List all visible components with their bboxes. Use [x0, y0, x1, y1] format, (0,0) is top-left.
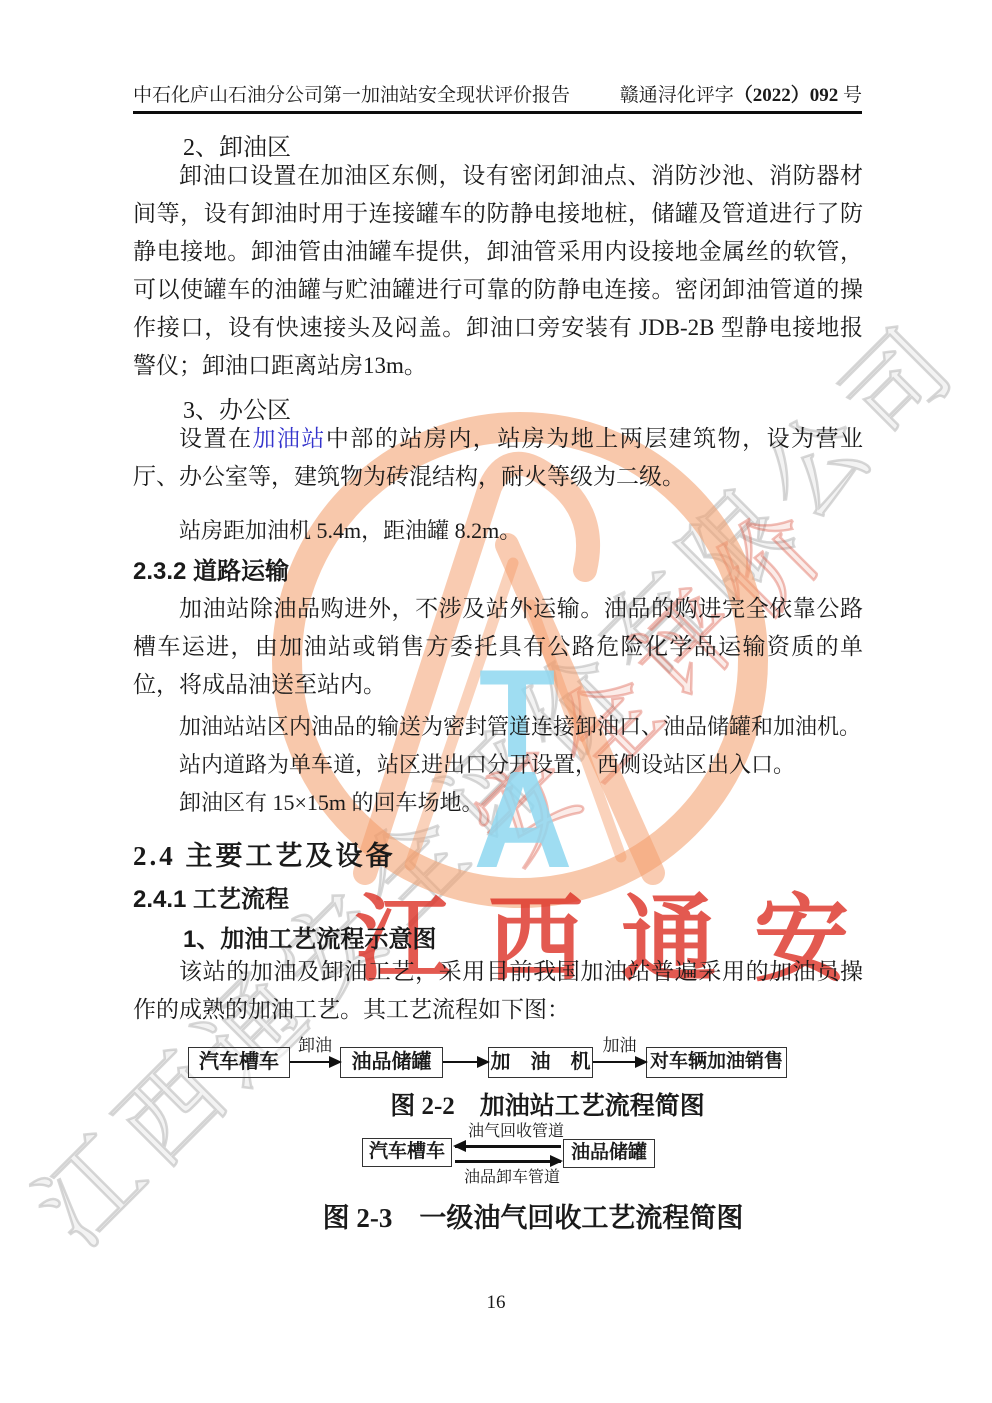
vr-bottom-label: 油品卸车管道 [464, 1170, 560, 1186]
flow-arrow-unload-label: 卸油 [290, 1037, 340, 1055]
flow-box-dispenser: 加 油 机 [488, 1047, 593, 1078]
figure-vapor-recovery: 汽车槽车 油气回收管道 油品卸车管道 油品储罐 [362, 1124, 662, 1186]
page-number: 16 [0, 1292, 992, 1314]
section-heading-main-process: 2.4 主要工艺及设备 [133, 834, 396, 873]
flow-box-storage-tank: 油品储罐 [340, 1047, 443, 1078]
vr-box-storage-tank: 油品储罐 [563, 1139, 655, 1168]
flow-arrow-plain [443, 1061, 488, 1063]
section-heading-road-transport: 2.3.2 道路运输 [133, 551, 289, 586]
flow-box-tanker-truck: 汽车槽车 [188, 1047, 290, 1078]
paragraph-road-transport: 加油站除油品购进外，不涉及站外运输。油品的购进完全依靠公路槽车运进，由加油站或销… [133, 590, 863, 704]
doc-number-suffix: 号 [838, 85, 862, 106]
paragraph-turnaround: 卸油区有 15×15m 的回车场地。 [179, 784, 484, 822]
section-heading-process-flow: 2.4.1 工艺流程 [133, 879, 289, 914]
paragraph-lane: 站内道路为单车道，站区进出口分开设置，西侧设站区出入口。 [179, 746, 795, 784]
paragraph-process-intro: 该站的加油及卸油工艺，采用目前我国加油站普遍采用的加油员操作的成熟的加油工艺。其… [133, 953, 863, 1029]
vr-box-tanker-truck: 汽车槽车 [362, 1138, 452, 1167]
page-content: 中石化庐山石油分公司第一加油站安全现状评价报告 赣通浔化评字（2022）092 … [0, 0, 992, 1403]
figure23-caption: 图 2-3 一级油气回收工艺流程简图 [133, 1196, 933, 1235]
flow-arrow-unload: 卸油 [290, 1061, 340, 1063]
subheading-refuel-flow-diagram: 1、加油工艺流程示意图 [183, 919, 436, 954]
header-title: 中石化庐山石油分公司第一加油站安全现状评价报告 [133, 84, 570, 108]
doc-number-prefix: 赣通浔化评字 [620, 85, 734, 106]
figure22-caption: 图 2-2 加油站工艺流程简图 [133, 1086, 962, 1122]
flow-arrow-refuel: 加油 [593, 1061, 646, 1063]
office-text-pre: 设置在 [179, 426, 252, 451]
report-page: 江西通安全评价有限公司 安全评价 T A 江西通安 中石化庐山石油分公司第一加油… [0, 0, 992, 1403]
station-link[interactable]: 加油站 [252, 426, 325, 451]
vr-arrow-right [455, 1160, 561, 1163]
figure-refuel-flow: 汽车槽车 卸油 油品储罐 加 油 机 加油 对车辆加油销售 [188, 1042, 787, 1082]
header-rule [133, 111, 862, 114]
header-doc-number: 赣通浔化评字（2022）092 号 [620, 84, 862, 108]
flow-arrow-refuel-label: 加油 [593, 1037, 646, 1055]
paragraph-pipeline: 加油站站区内油品的输送为密封管道连接卸油口、油品储罐和加油机。 [179, 708, 861, 746]
flow-box-vehicle-sales: 对车辆加油销售 [646, 1047, 787, 1078]
paragraph-office-distance: 站房距加油机 5.4m，距油罐 8.2m。 [179, 512, 521, 550]
vr-arrow-left [455, 1145, 561, 1148]
doc-number-value: （2022）092 [734, 85, 839, 106]
paragraph-unloading: 卸油口设置在加油区东侧，设有密闭卸油点、消防沙池、消防器材间等，设有卸油时用于连… [133, 157, 863, 385]
paragraph-office: 设置在加油站中部的站房内，站房为地上两层建筑物，设为营业厅、办公室等，建筑物为砖… [133, 420, 863, 496]
vr-top-label: 油气回收管道 [468, 1124, 564, 1140]
